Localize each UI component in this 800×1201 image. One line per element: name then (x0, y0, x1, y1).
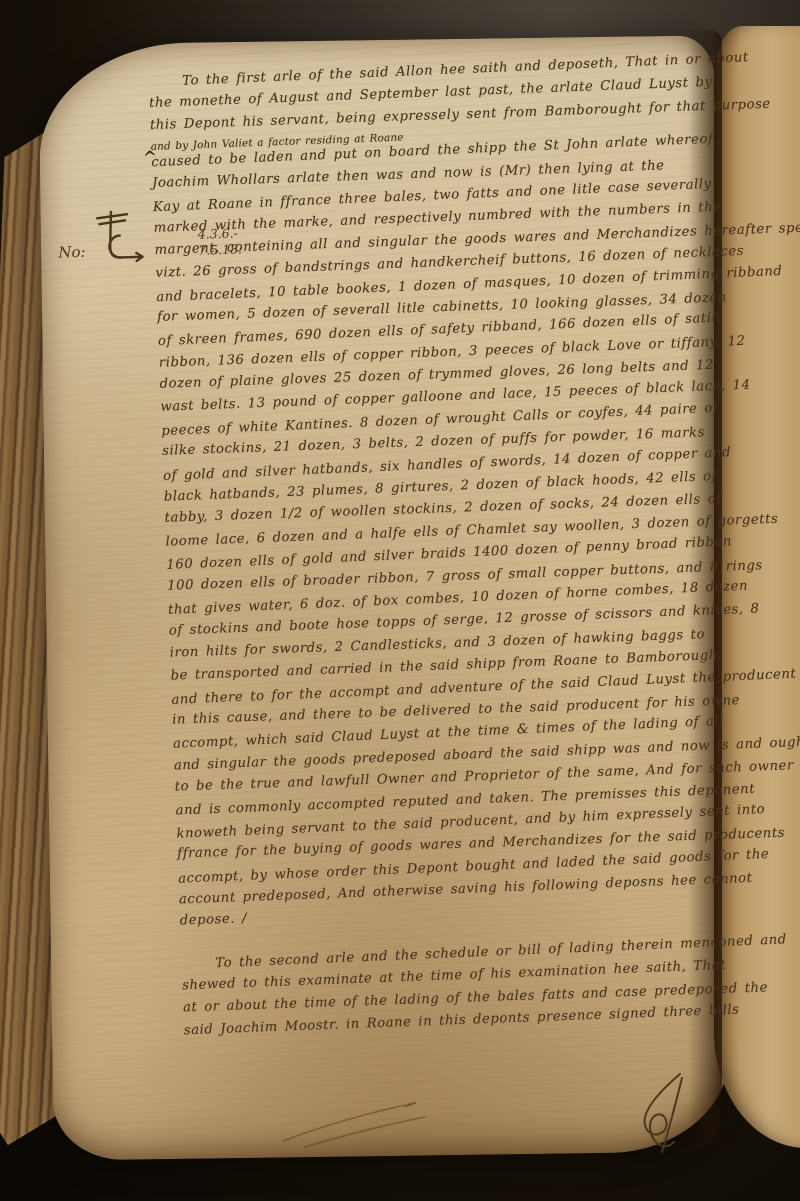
text-block: To the first arle of the said Allon hee … (148, 52, 768, 1046)
margin-amount-top: 4.3.6.- (197, 225, 242, 243)
margin-amounts: 4.3.6.- 7.5.18: (197, 225, 242, 259)
photo-scene: To the first arle of the said Allon hee … (0, 0, 800, 1201)
margin-note: No: 4.3.6.- 7.5.18: (57, 202, 269, 281)
insertion-caret-mark: ^ (142, 148, 158, 169)
pen-squiggles-icon (265, 1095, 485, 1155)
manuscript-paragraph: To the first arle of the said Allon hee … (148, 52, 764, 937)
margin-no-label: No: (58, 243, 86, 262)
merchant-mark-icon (89, 205, 187, 270)
margin-amount-bottom: 7.5.18: (198, 241, 243, 259)
paraph-flourish-icon (622, 1068, 702, 1158)
